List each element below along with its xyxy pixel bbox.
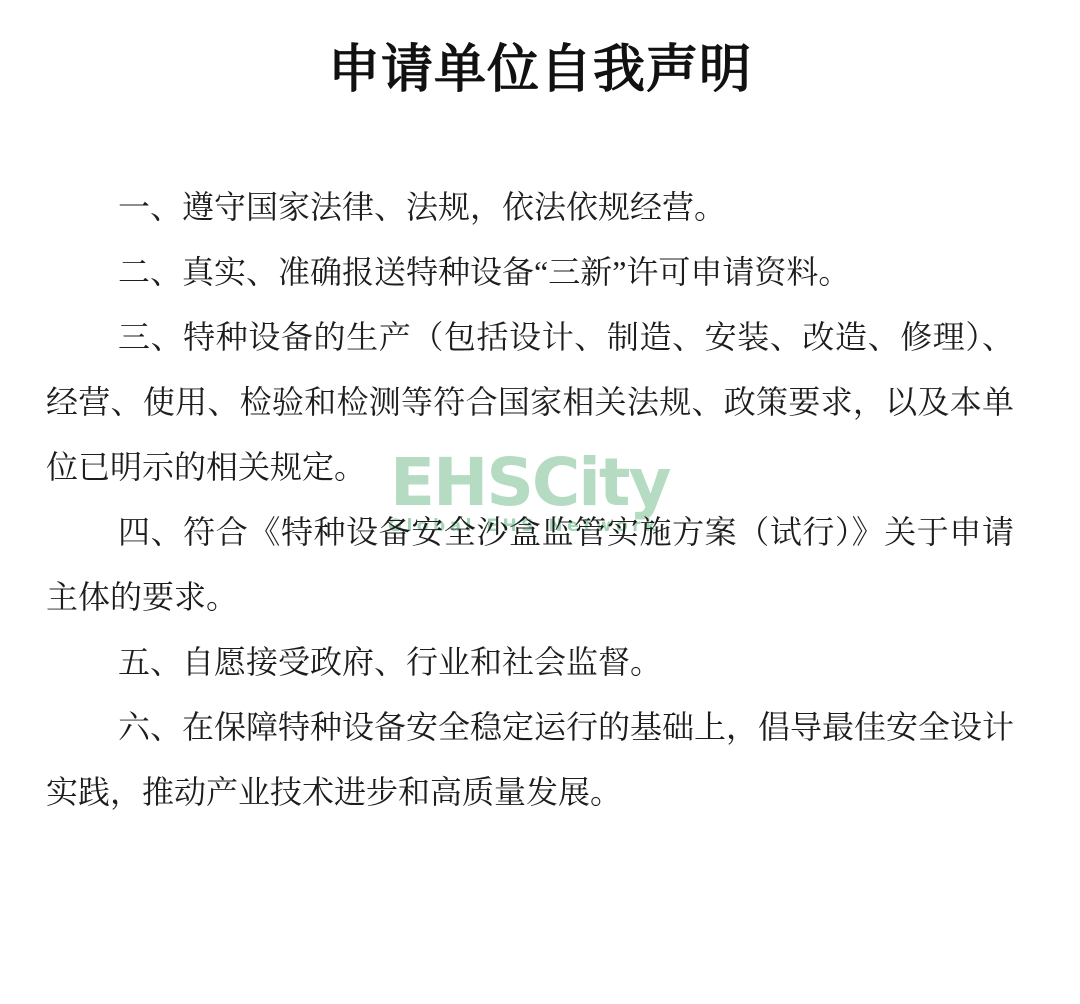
document-page: 申请单位自我声明 EHSCity Global EHS Network 一、遵守… bbox=[0, 0, 1080, 1004]
declaration-item-2: 二、真实、准确报送特种设备“三新”许可申请资料。 bbox=[46, 240, 1014, 305]
declaration-item-5: 五、自愿接受政府、行业和社会监督。 bbox=[46, 630, 1014, 695]
declaration-item-4: 四、符合《特种设备安全沙盒监管实施方案（试行）》关于申请主体的要求。 bbox=[46, 500, 1014, 630]
declaration-item-6: 六、在保障特种设备安全稳定运行的基础上，倡导最佳安全设计实践，推动产业技术进步和… bbox=[46, 695, 1014, 825]
declaration-item-3: 三、特种设备的生产（包括设计、制造、安装、改造、修理）、经营、使用、检验和检测等… bbox=[46, 305, 1014, 500]
document-body: 一、遵守国家法律、法规，依法依规经营。 二、真实、准确报送特种设备“三新”许可申… bbox=[46, 175, 1014, 825]
declaration-item-1: 一、遵守国家法律、法规，依法依规经营。 bbox=[46, 175, 1014, 240]
page-title: 申请单位自我声明 bbox=[0, 40, 1080, 102]
